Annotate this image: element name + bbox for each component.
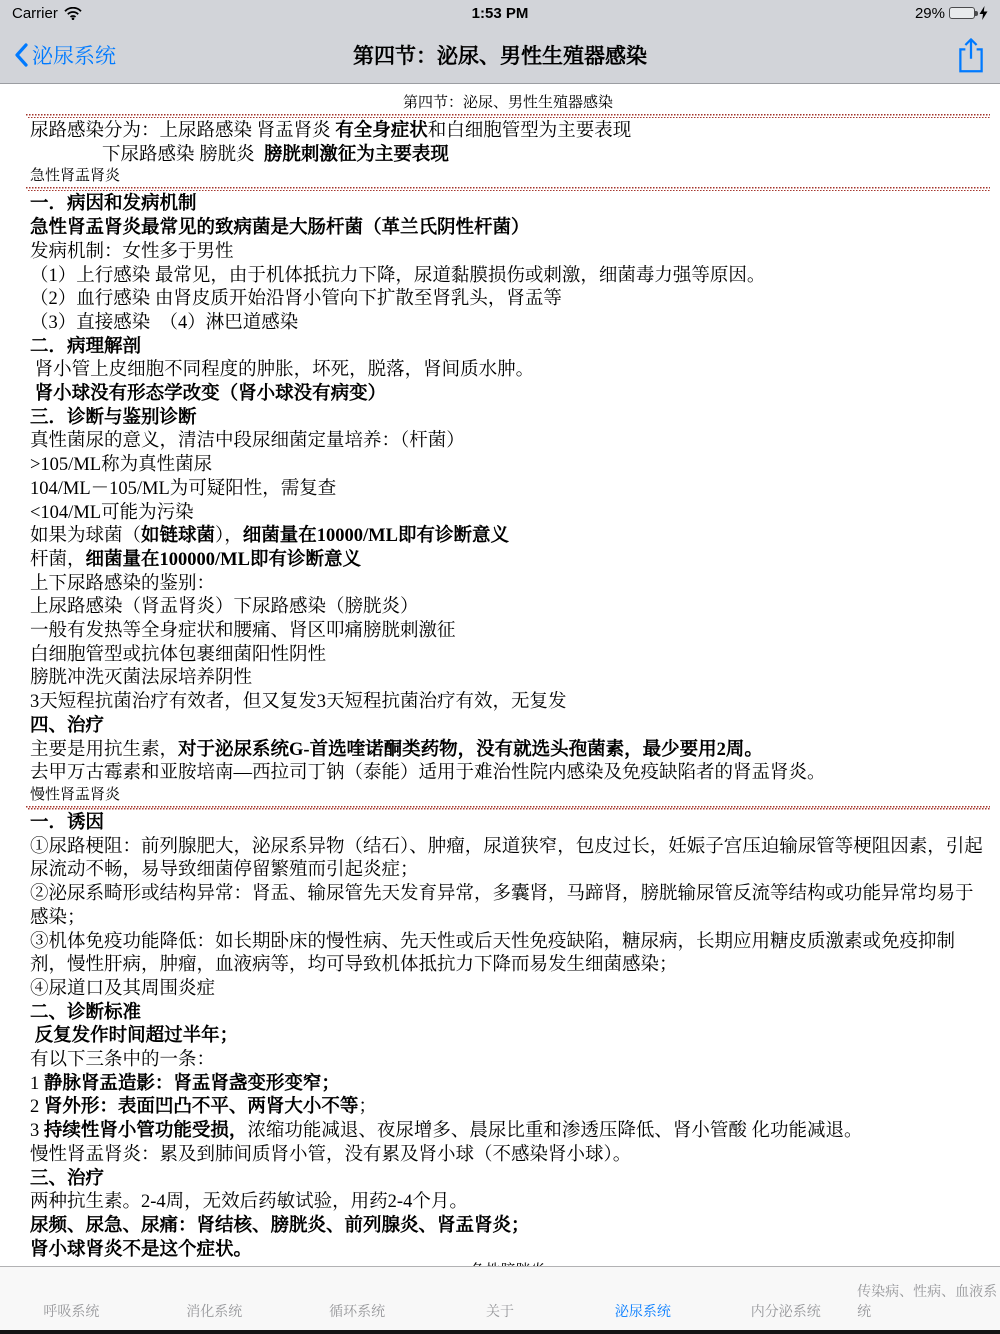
tab-endocrine-system[interactable]: 内分泌系统 (714, 1267, 857, 1330)
tab-respiratory-system[interactable]: 呼吸系统 (0, 1267, 143, 1330)
doc-line: 一．病因和发病机制 (30, 193, 986, 217)
battery-percent-label: 29% (915, 5, 945, 22)
document-body: 第四节：泌尿、男性生殖器感染尿路感染分为：上尿路感染 肾盂肾炎 有全身症状和白细… (0, 85, 1000, 1266)
share-button[interactable] (956, 36, 986, 74)
doc-line: 去甲万古霉素和亚胺培南—西拉司丁钠（泰能）适用于难治性院内感染及免疫缺陷者的肾盂… (30, 762, 986, 786)
doc-line: 杆菌，细菌量在100000/ML即有诊断意义 (30, 549, 986, 573)
back-button-label: 泌尿系统 (32, 40, 116, 70)
doc-line: 上下尿路感染的鉴别： (30, 573, 986, 597)
doc-line: 3天短程抗菌治疗有效者，但又复发3天短程抗菌治疗有效，无复发 (30, 691, 986, 715)
doc-line: 真性菌尿的意义，清洁中段尿细菌定量培养：（杆菌） (30, 430, 986, 454)
doc-line: 肾小管上皮细胞不同程度的肿胀，坏死，脱落，肾间质水肿。 (30, 359, 986, 383)
doc-line: 反复发作时间超过半年； (30, 1025, 986, 1049)
doc-line: 如果为球菌（如链球菌），细菌量在10000/ML即有诊断意义 (30, 525, 986, 549)
tab-infectious-std-blood-system[interactable]: 传染病、性病、血液系统 (857, 1267, 1000, 1330)
status-bar: Carrier 1:53 PM 29% (0, 0, 1000, 26)
tab-circulatory-system[interactable]: 循环系统 (286, 1267, 429, 1330)
doc-line: ④尿道口及其周围炎症 (30, 978, 986, 1002)
doc-line: 白细胞管型或抗体包裹细菌阳性阴性 (30, 644, 986, 668)
doc-line: 二、诊断标准 (30, 1002, 986, 1026)
doc-line: 一般有发热等全身症状和腰痛、肾区叩痛膀胱刺激征 (30, 620, 986, 644)
doc-line: 肾小球肾炎不是这个症状。 (30, 1239, 986, 1263)
doc-line: 肾小球没有形态学改变（肾小球没有病变） (30, 383, 986, 407)
doc-line: 急性肾盂肾炎 (30, 167, 986, 186)
doc-line: （2）血行感染 由肾皮质开始沿肾小管向下扩散至肾乳头，肾盂等 (30, 288, 986, 312)
doc-line: 1 静脉肾盂造影：肾盂肾盏变形变窄； (30, 1073, 986, 1097)
tab-urinary-system[interactable]: 泌尿系统 (571, 1267, 714, 1330)
doc-line: 下尿路感染 膀胱炎 膀胱刺激征为主要表现 (30, 144, 986, 168)
wifi-icon (64, 7, 82, 20)
doc-line: 二．病理解剖 (30, 336, 986, 360)
charging-bolt-icon (979, 6, 988, 20)
chevron-left-icon (14, 43, 28, 67)
bottom-edge-strip (0, 1330, 1000, 1334)
red-dotted-rule (26, 806, 990, 810)
doc-line: 第四节：泌尿、男性生殖器感染 (30, 94, 986, 113)
doc-line: ②泌尿系畸形或结构异常：肾盂、输尿管先天发育异常，多囊肾，马蹄肾，膀胱输尿管反流… (30, 883, 986, 930)
doc-line: 两种抗生素。2-4周，无效后药敏试验，用药2-4个月。 (30, 1191, 986, 1215)
doc-line: 上尿路感染（肾盂肾炎）下尿路感染（膀胱炎） (30, 596, 986, 620)
doc-line: 慢性肾盂肾炎 (30, 786, 986, 805)
doc-line: （1）上行感染 最常见，由于机体抵抗力下降，尿道黏膜损伤或刺激，细菌毒力强等原因… (30, 265, 986, 289)
doc-line: >105/ML称为真性菌尿 (30, 454, 986, 478)
nav-bar: 泌尿系统 第四节：泌尿、男性生殖器感染 (0, 26, 1000, 84)
doc-line: ①尿路梗阻：前列腺肥大，泌尿系异物（结石）、肿瘤，尿道狭窄，包皮过长，妊娠子宫压… (30, 836, 986, 883)
battery-icon (949, 7, 975, 19)
tab-bar: 呼吸系统 消化系统 循环系统 关于 泌尿系统 内分泌系统 传染病、性病、血液系统 (0, 1266, 1000, 1330)
doc-line: 104/ML－105/ML为可疑阳性，需复查 (30, 478, 986, 502)
doc-line: 尿频、尿急、尿痛：肾结核、膀胱炎、前列腺炎、肾盂肾炎； (30, 1215, 986, 1239)
doc-line: 三、治疗 (30, 1168, 986, 1192)
tab-about[interactable]: 关于 (429, 1267, 572, 1330)
tab-digestive-system[interactable]: 消化系统 (143, 1267, 286, 1330)
doc-line: 三．诊断与鉴别诊断 (30, 407, 986, 431)
doc-line: 一．诱因 (30, 812, 986, 836)
red-dotted-rule (26, 187, 990, 191)
red-dotted-rule (26, 114, 990, 118)
doc-line: 2 肾外形：表面凹凸不平、两肾大小不等； (30, 1096, 986, 1120)
doc-line: 四、治疗 (30, 715, 986, 739)
doc-line: 急性肾盂肾炎最常见的致病菌是大肠杆菌（革兰氏阴性杆菌） (30, 217, 986, 241)
doc-line: 3 持续性肾小管功能受损，浓缩功能减退、夜尿增多、晨尿比重和渗透压降低、肾小管酸… (30, 1120, 986, 1144)
doc-line: ③机体免疫功能降低：如长期卧床的慢性病、先天性或后天性免疫缺陷，糖尿病，长期应用… (30, 931, 986, 978)
doc-line: 主要是用抗生素，对于泌尿系统G-首选喹诺酮类药物，没有就选头孢菌素，最少要用2周… (30, 739, 986, 763)
doc-line: <104/ML可能为污染 (30, 502, 986, 526)
doc-line: 有以下三条中的一条： (30, 1049, 986, 1073)
share-icon (956, 36, 986, 74)
doc-line: 慢性肾盂肾炎：累及到肺间质肾小管，没有累及肾小球（不感染肾小球）。 (30, 1144, 986, 1168)
top-chrome: Carrier 1:53 PM 29% 泌尿系统 (0, 0, 1000, 84)
doc-line: 尿路感染分为：上尿路感染 肾盂肾炎 有全身症状和白细胞管型为主要表现 (30, 120, 986, 144)
carrier-label: Carrier (12, 5, 58, 22)
doc-line: 膀胱冲洗灭菌法尿培养阴性 (30, 667, 986, 691)
doc-line: 发病机制：女性多于男性 (30, 241, 986, 265)
status-time: 1:53 PM (232, 5, 768, 22)
doc-line: （3）直接感染 （4）淋巴道感染 (30, 312, 986, 336)
back-button[interactable]: 泌尿系统 (14, 40, 274, 70)
